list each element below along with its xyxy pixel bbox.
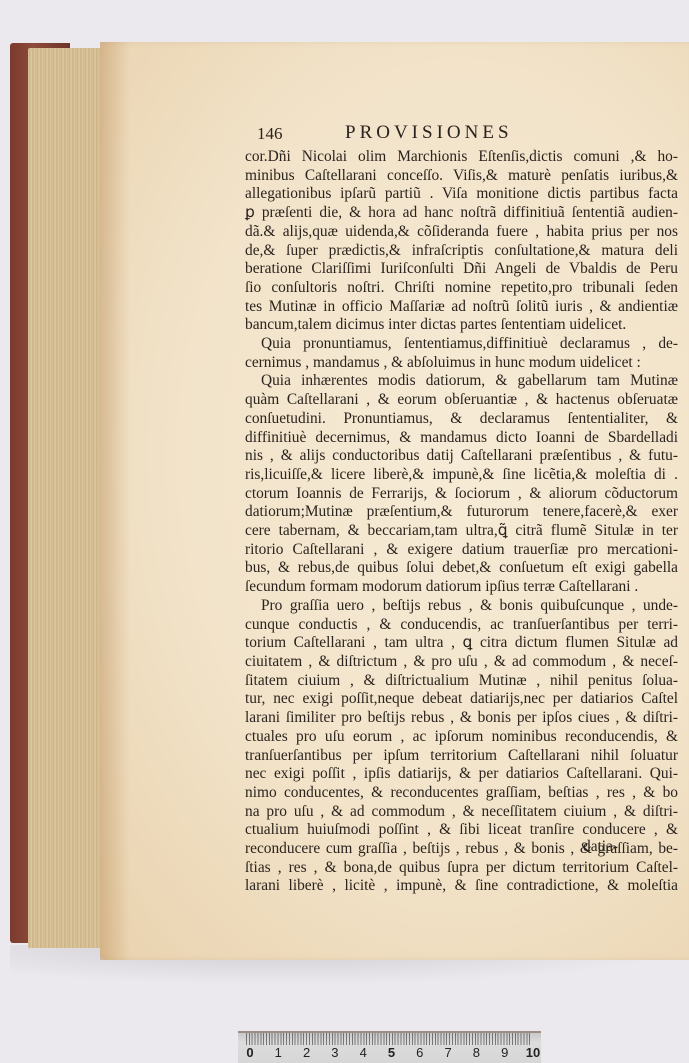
text-line: quàm Caſtellarani , & eorum obſeruantiæ … <box>245 391 678 410</box>
text-line: ſitatem ciuium , & diſtrictualium Mutinæ… <box>245 672 678 691</box>
text-line: ꝑ præſenti die, & hora ad hanc noſtrã di… <box>245 204 678 223</box>
text-line: nis , & alijs conductoribus datij Caſtel… <box>245 447 678 466</box>
text-line: cere tabernam, & beccariam,tam ultra,ꝗ̃ … <box>245 522 678 541</box>
ruler-label: 6 <box>416 1045 423 1060</box>
text-line: tes Mutinæ in officio Maſſariæ ad noſtrũ… <box>245 298 678 317</box>
text-line: ſecundum formam modorum datiorum ipſius … <box>245 578 678 597</box>
text-line: ritorio Caſtellarani , & exigere datium … <box>245 541 678 560</box>
ruler-label: 2 <box>303 1045 310 1060</box>
text-line: tranſuerſantibus per ipſum territorium C… <box>245 747 678 766</box>
text-line: cernimus , mandamus , & abſoluimus in hu… <box>245 354 678 373</box>
text-line: tur, nec exigi poſſit,neque debeat datia… <box>245 690 678 709</box>
text-line: cunque conductis , & conducendis, ac tra… <box>245 616 678 635</box>
text-line: cor.Dñi Nicolai olim Marchionis Eſtenſis… <box>245 148 678 167</box>
ruler-label: 10 <box>526 1045 540 1060</box>
ruler-ticks <box>246 1033 532 1045</box>
running-title: PROVISIONES <box>345 122 513 144</box>
text-line: Pro graſſia uero , beſtijs rebus , & bon… <box>245 597 678 616</box>
text-line: ciuitatem , & diſtrictum , & pro uſu , &… <box>245 653 678 672</box>
text-line: allegationibus ipſarũ partiũ . Viſa moni… <box>245 185 678 204</box>
text-line: conſuetudini. Pronuntiamus, & declaramus… <box>245 410 678 429</box>
catchword: datia- <box>583 838 618 856</box>
text-line: na pro uſu , & ad commodum , & neceſſita… <box>245 803 678 822</box>
ruler-label: 1 <box>275 1045 282 1060</box>
text-line: datiorum;Mutinæ præſentium,& futurorum t… <box>245 503 678 522</box>
page-number: 146 <box>257 124 283 144</box>
text-line: diffinitiuè decernimus, & mandamus dicto… <box>245 429 678 448</box>
text-line: larani ſimiliter pro beſtijs rebus , & b… <box>245 709 678 728</box>
ruler-label: 0 <box>246 1045 253 1060</box>
body-text: cor.Dñi Nicolai olim Marchionis Eſtenſis… <box>245 148 678 896</box>
scale-ruler: 012345678910 <box>238 1031 541 1063</box>
page-header: 146 PROVISIONES <box>257 122 557 146</box>
text-line: ctorum Ioannis de Ferrarijs, & ſociorum … <box>245 485 678 504</box>
text-line: Quia pronuntiamus, ſententiamus,diffinit… <box>245 335 678 354</box>
text-line: bus, & rebus,de quibus ſolui debet,& con… <box>245 559 678 578</box>
text-line: ris,licuiſſe,& licere liberè,& impunè,& … <box>245 466 678 485</box>
text-line: beratione Clariſſimi Iuriſconſulti Dñi A… <box>245 260 678 279</box>
ruler-label: 3 <box>331 1045 338 1060</box>
text-line: nimo conducentes, & reconducentes graſſi… <box>245 784 678 803</box>
page-edges <box>28 48 108 948</box>
text-line: ſio conſultoris noſtri. Chriſti nomine r… <box>245 279 678 298</box>
text-line: torium Caſtellarani , tam ultra , ꝗ citr… <box>245 634 678 653</box>
text-line: dã.& alijs,quæ uidenda,& cõſideranda fue… <box>245 223 678 242</box>
text-line: Quia inhærentes modis datiorum, & gabell… <box>245 372 678 391</box>
ruler-label: 8 <box>473 1045 480 1060</box>
ruler-label: 9 <box>501 1045 508 1060</box>
text-line: larani liberè , licitè , impunè, & ſine … <box>245 877 678 896</box>
ruler-label: 4 <box>360 1045 367 1060</box>
ruler-labels: 012345678910 <box>238 1045 541 1063</box>
text-line: ctuales pro uſu eorum , ac ipſorum nomin… <box>245 728 678 747</box>
text-line: minibus Caſtellarani conceſſo. Viſis,& m… <box>245 167 678 186</box>
text-line: ſtias , res , & bona,de quibus ſupra per… <box>245 859 678 878</box>
text-line: bancum,talem dicimus inter dictas partes… <box>245 316 678 335</box>
ruler-label: 7 <box>444 1045 451 1060</box>
text-line: de,& ſuper prædictis,& infraſcriptis con… <box>245 242 678 261</box>
text-line: nec exigi poſſit , ipſis datiarijs, & pe… <box>245 765 678 784</box>
ruler-label: 5 <box>388 1045 395 1060</box>
